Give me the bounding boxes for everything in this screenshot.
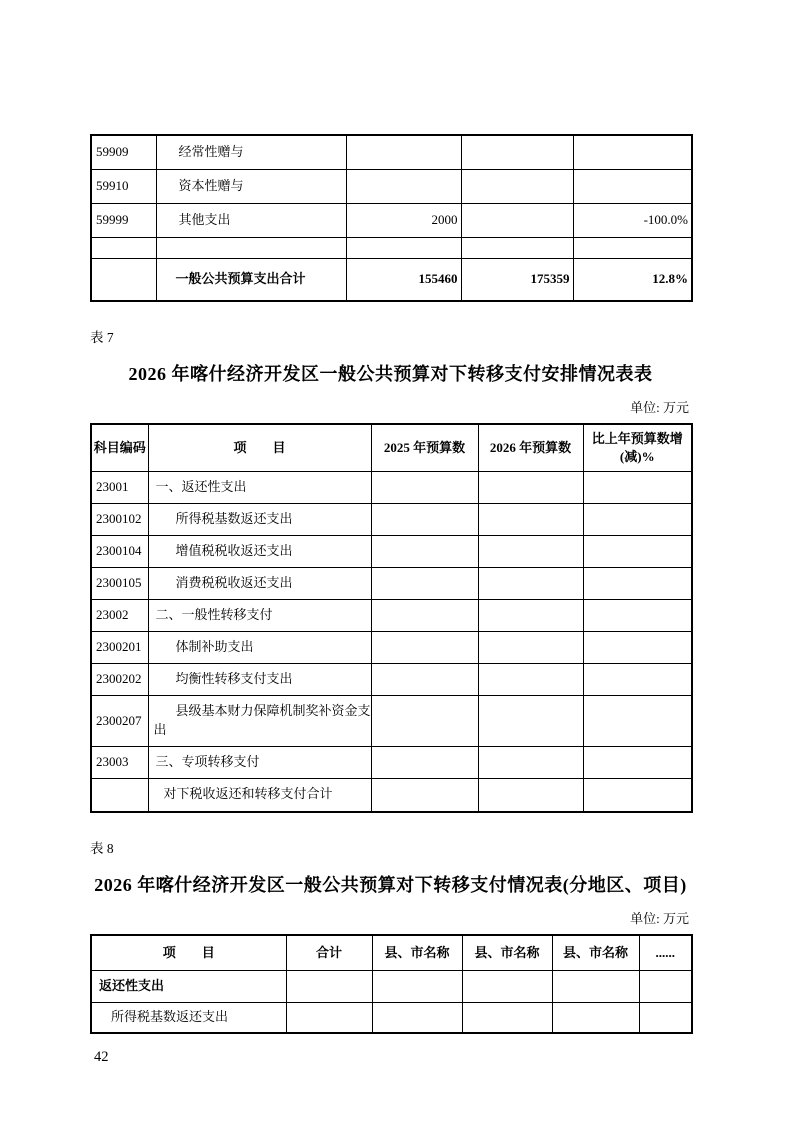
table8-title: 2026 年喀什经济开发区一般公共预算对下转移支付情况表(分地区、项目): [90, 871, 691, 897]
empty-cell: [371, 503, 478, 535]
empty-cell: [478, 599, 583, 631]
empty-cell: [462, 970, 552, 1002]
table-row: 23002 二、一般性转移支付: [91, 599, 692, 631]
table7-label: 表 7: [90, 326, 691, 346]
empty-cell: [346, 237, 461, 258]
empty-cell: [478, 663, 583, 695]
header-cell: 2026 年预算数: [478, 424, 583, 471]
header-cell: 比上年预算数增(减)%: [583, 424, 692, 471]
value-cell: [346, 135, 461, 169]
header-cell: 县、市名称: [552, 935, 639, 970]
item-cell: 增值税税收返还支出: [148, 535, 371, 567]
table-row: 59910 资本性赠与: [91, 169, 692, 203]
empty-cell: [478, 778, 583, 812]
item-cell: 资本性赠与: [156, 169, 346, 203]
table-row: 2300207 县级基本财力保障机制奖补资金支出: [91, 695, 692, 746]
empty-cell: [583, 535, 692, 567]
total-value-cell: 155460: [346, 258, 461, 301]
page-content: 59909 经常性赠与 59910 资本性赠与 59999 其他支出 2000 …: [90, 0, 691, 1066]
empty-cell: [639, 970, 692, 1002]
empty-cell: [371, 695, 478, 746]
table-row: 2300202 均衡性转移支付支出: [91, 663, 692, 695]
empty-cell: [552, 1002, 639, 1033]
top-margin: [90, 0, 691, 134]
header-cell: ......: [639, 935, 692, 970]
value-cell: 2000: [346, 203, 461, 237]
item-cell: 一、返还性支出: [148, 471, 371, 503]
empty-cell: [583, 778, 692, 812]
header-cell: 县、市名称: [462, 935, 552, 970]
expenditure-summary-table: 59909 经常性赠与 59910 资本性赠与 59999 其他支出 2000 …: [90, 134, 693, 302]
table8-unit: 单位: 万元: [90, 908, 691, 927]
table7-unit: 单位: 万元: [90, 397, 691, 416]
table8-header-row: 项 目 合计 县、市名称 县、市名称 县、市名称 ......: [91, 935, 692, 970]
percent-cell: [573, 135, 692, 169]
empty-cell: [583, 503, 692, 535]
empty-cell: [286, 1002, 372, 1033]
total-percent-cell: 12.8%: [573, 258, 692, 301]
empty-cell: [573, 237, 692, 258]
header-cell: 科目编码: [91, 424, 148, 471]
empty-cell: [372, 1002, 462, 1033]
page-number: 42: [90, 1049, 691, 1066]
empty-cell: [478, 567, 583, 599]
item-cell: 所得税基数返还支出: [91, 1002, 286, 1033]
code-cell: 23001: [91, 471, 148, 503]
empty-cell: [478, 471, 583, 503]
total-label-cell: 一般公共预算支出合计: [156, 258, 346, 301]
item-cell: 对下税收返还和转移支付合计: [148, 778, 371, 812]
header-cell: 合计: [286, 935, 372, 970]
empty-cell: [583, 567, 692, 599]
table-row: 59909 经常性赠与: [91, 135, 692, 169]
item-cell: 二、一般性转移支付: [148, 599, 371, 631]
empty-cell: [372, 970, 462, 1002]
code-cell: 2300201: [91, 631, 148, 663]
total-row: 一般公共预算支出合计 155460 175359 12.8%: [91, 258, 692, 301]
table-row: 所得税基数返还支出: [91, 1002, 692, 1033]
empty-cell: [583, 746, 692, 778]
table-row: 2300104 增值税税收返还支出: [91, 535, 692, 567]
table-row: 返还性支出: [91, 970, 692, 1002]
empty-cell: [583, 599, 692, 631]
empty-cell: [371, 778, 478, 812]
table7-header-row: 科目编码 项 目 2025 年预算数 2026 年预算数 比上年预算数增(减)%: [91, 424, 692, 471]
empty-cell: [286, 970, 372, 1002]
code-cell: 2300207: [91, 695, 148, 746]
empty-cell: [478, 535, 583, 567]
transfer-payment-arrangement-table: 科目编码 项 目 2025 年预算数 2026 年预算数 比上年预算数增(减)%…: [90, 423, 693, 813]
empty-cell: [371, 663, 478, 695]
empty-cell: [478, 631, 583, 663]
table-row: 2300102 所得税基数返还支出: [91, 503, 692, 535]
transfer-payment-by-region-table: 项 目 合计 县、市名称 县、市名称 县、市名称 ...... 返还性支出 所得…: [90, 934, 693, 1034]
code-cell: 23002: [91, 599, 148, 631]
empty-cell: [583, 631, 692, 663]
header-cell: 项 目: [148, 424, 371, 471]
total-value-cell: 175359: [461, 258, 573, 301]
item-cell: 其他支出: [156, 203, 346, 237]
empty-cell: [371, 631, 478, 663]
table-row: 59999 其他支出 2000 -100.0%: [91, 203, 692, 237]
empty-cell: [478, 746, 583, 778]
empty-cell: [583, 471, 692, 503]
item-cell: 经常性赠与: [156, 135, 346, 169]
code-cell: 2300104: [91, 535, 148, 567]
empty-cell: [461, 237, 573, 258]
percent-cell: [573, 169, 692, 203]
code-cell: 59999: [91, 203, 156, 237]
item-cell: 消费税税收返还支出: [148, 567, 371, 599]
percent-cell: -100.0%: [573, 203, 692, 237]
table8-label: 表 8: [90, 837, 691, 857]
item-cell: 均衡性转移支付支出: [148, 663, 371, 695]
header-cell: 项 目: [91, 935, 286, 970]
table-row: 2300105 消费税税收返还支出: [91, 567, 692, 599]
code-cell: 23003: [91, 746, 148, 778]
header-cell: 县、市名称: [372, 935, 462, 970]
table-row: 23003 三、专项转移支付: [91, 746, 692, 778]
empty-cell: [478, 503, 583, 535]
value-cell: [346, 169, 461, 203]
code-cell: [91, 258, 156, 301]
code-cell: 2300105: [91, 567, 148, 599]
code-cell: 59910: [91, 169, 156, 203]
empty-cell: [371, 746, 478, 778]
code-cell: 2300202: [91, 663, 148, 695]
empty-cell: [478, 695, 583, 746]
item-cell: 县级基本财力保障机制奖补资金支出: [148, 695, 371, 746]
empty-cell: [91, 237, 156, 258]
item-cell: 体制补助支出: [148, 631, 371, 663]
table-row: 2300201 体制补助支出: [91, 631, 692, 663]
empty-cell: [583, 695, 692, 746]
table-row: 23001 一、返还性支出: [91, 471, 692, 503]
code-cell: [91, 778, 148, 812]
empty-cell: [371, 567, 478, 599]
value-cell: [461, 203, 573, 237]
empty-cell: [156, 237, 346, 258]
header-cell: 2025 年预算数: [371, 424, 478, 471]
table7-title: 2026 年喀什经济开发区一般公共预算对下转移支付安排情况表表: [90, 360, 691, 386]
table-row: [91, 237, 692, 258]
total-row: 对下税收返还和转移支付合计: [91, 778, 692, 812]
empty-cell: [371, 471, 478, 503]
code-cell: 2300102: [91, 503, 148, 535]
empty-cell: [583, 663, 692, 695]
document-page: 59909 经常性赠与 59910 资本性赠与 59999 其他支出 2000 …: [0, 0, 793, 1122]
value-cell: [461, 169, 573, 203]
item-cell: 所得税基数返还支出: [148, 503, 371, 535]
value-cell: [461, 135, 573, 169]
code-cell: 59909: [91, 135, 156, 169]
empty-cell: [462, 1002, 552, 1033]
empty-cell: [371, 535, 478, 567]
empty-cell: [639, 1002, 692, 1033]
item-cell: 三、专项转移支付: [148, 746, 371, 778]
empty-cell: [552, 970, 639, 1002]
empty-cell: [371, 599, 478, 631]
item-cell: 返还性支出: [91, 970, 286, 1002]
